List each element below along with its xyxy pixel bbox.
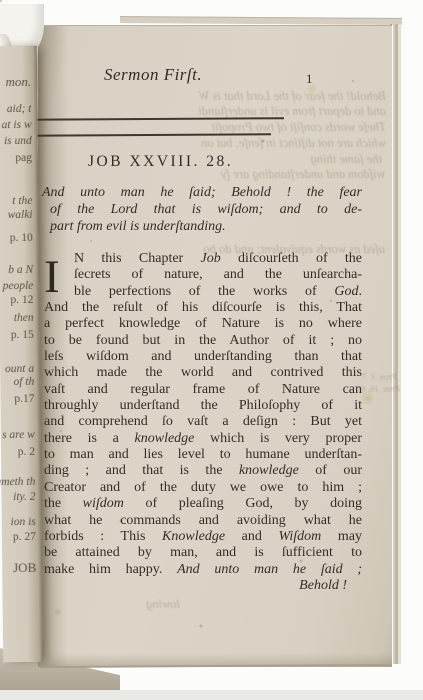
prev-page-text-fragment: ion is [10, 516, 35, 528]
text-segment: leſs wiſdom and underſtanding than that [44, 349, 362, 364]
chapter-heading: JOB XXVIII. 28. [88, 153, 233, 171]
text-segment: of pleaſing God, by doing [124, 496, 362, 511]
photo-background-strip [0, 690, 423, 700]
prev-page-text-fragment: p. 27 [13, 531, 36, 543]
page-number: 1 [306, 71, 313, 87]
prev-page-text-fragment: b a N [8, 264, 33, 276]
body-text-line: vaſt and regular frame of Nature can [44, 382, 362, 398]
text-segment: and comprehend ſo vaſt a deſign : But ye… [44, 414, 362, 429]
body-text-line: ſecrets of nature, and the unſearcha- [44, 267, 362, 283]
body-text-line: throughly underſtand the Philoſophy of i… [44, 398, 362, 414]
prev-page-text-fragment: then [14, 312, 34, 324]
text-segment: forbids : This [44, 529, 162, 544]
prev-page-text-fragment: ity. 2 [13, 491, 35, 503]
text-segment: N this Chapter [74, 251, 201, 266]
prev-page-text-fragment: is und [4, 135, 32, 147]
page-stack-top-edge [120, 16, 402, 25]
body-text-line: N this Chapter Job diſcourſeth of the [44, 251, 362, 267]
epigraph-line: of the Lord that is wiſdom; and to de- [42, 201, 362, 218]
italic-text-segment: knowledge [239, 463, 299, 478]
text-segment: which is very proper [194, 431, 362, 446]
body-text-line: to man and lies level to humane underſta… [44, 447, 362, 463]
text-segment: may [321, 529, 362, 544]
header-rule-top [25, 117, 284, 120]
body-text-line: ble perfections of the works of God. [44, 284, 362, 300]
header-rule-bottom [25, 133, 271, 136]
italic-text-segment: Job [201, 251, 221, 266]
text-segment: what he commands and avoiding what he [44, 513, 362, 528]
prev-page-text-fragment: s are w [2, 429, 35, 441]
prev-page-text-fragment: ount a [5, 363, 34, 375]
italic-text-segment: And unto man he ſaid ; [177, 562, 362, 577]
text-segment: Creator and of the duty we owe to him ; [44, 480, 362, 495]
body-text-line: And the reſult of his diſcourſe is this,… [44, 300, 362, 316]
text-segment: And the reſult of his diſcourſe is this,… [44, 300, 362, 315]
text-segment: be attained by man, and is ſufficient to [44, 545, 362, 560]
epigraph-line: part from evil is underſtanding. [42, 218, 362, 235]
text-segment: make him happy. [44, 562, 177, 577]
epigraph: And unto man he ſaid; Behold ! the fearo… [42, 184, 362, 236]
body-text-line: there is a knowledge which is very prope… [44, 431, 362, 447]
body-text-line: make him happy. And unto man he ſaid ; [44, 562, 362, 578]
text-segment: . [359, 284, 363, 299]
prev-page-text-fragment: pag [15, 152, 32, 164]
text-segment: of our [299, 463, 362, 478]
prev-page-text-fragment: p. 10 [10, 232, 33, 244]
prev-page-text-fragment: walki [8, 209, 33, 221]
prev-page-text-fragment: p.17 [14, 393, 34, 405]
text-segment: diſcourſeth of the [221, 251, 362, 266]
text-segment: to be found but in the Author of it ; no [44, 333, 362, 348]
prev-page-text-fragment: t the [12, 195, 32, 207]
body-text-line: Behold ! [44, 578, 362, 594]
body-text-line: the wiſdom of pleaſing God, by doing [44, 496, 362, 512]
antique-book-photo: Behold! the fear of the Lord that is Wan… [0, 0, 423, 700]
prev-page-text-fragment: at is w [1, 119, 31, 131]
text-segment: the [44, 496, 83, 511]
body-text-line: leſs wiſdom and underſtanding than that [44, 349, 362, 365]
foxing-specks [0, 0, 2, 2]
text-segment: vaſt and regular frame of Nature can [44, 382, 362, 397]
epigraph-line: And unto man he ſaid; Behold ! the fear [42, 184, 362, 201]
text-segment: there is a [44, 431, 135, 446]
body-text-line: be attained by man, and is ſufficient to [44, 545, 362, 561]
body-text-line: ding ; and that is the knowledge of our [44, 463, 362, 479]
previous-page-sliver: mon.aid; tat is wis undpagt thewalkip. 1… [0, 46, 43, 662]
italic-text-segment: Behold ! [299, 578, 347, 593]
prev-page-text-fragment: p. 15 [11, 329, 34, 341]
italic-text-segment: Wiſdom [279, 529, 322, 544]
italic-text-segment: God [334, 284, 358, 299]
prev-page-text-fragment: aid; t [7, 103, 32, 115]
body-text-line: which made the world and contrived this [44, 365, 362, 381]
body-text-line: and comprehend ſo vaſt a deſign : But ye… [44, 414, 362, 430]
body-text-line: to be found but in the Author of it ; no [44, 333, 362, 349]
page-content: Sermon Firſt. 1 JOB XXVIII. 28. And unto… [38, 25, 392, 666]
body-text-line: what he commands and avoiding what he [44, 513, 362, 529]
text-segment: and [225, 529, 278, 544]
body-text-line: a perfect knowledge of Nature is no wher… [44, 316, 362, 332]
text-segment: a perfect knowledge of Nature is no wher… [44, 316, 362, 331]
fore-edge-line [398, 24, 401, 664]
text-segment: ſecrets of nature, and the unſearcha- [74, 267, 362, 282]
body-text-line: forbids : This Knowledge and Wiſdom may [44, 529, 362, 545]
prev-page-text-fragment: p. 12 [10, 294, 33, 306]
italic-text-segment: knowledge [135, 431, 195, 446]
text-segment: throughly underſtand the Philoſophy of i… [44, 398, 362, 413]
body-text-line: Creator and of the duty we owe to him ; [44, 480, 362, 496]
text-segment: ding ; and that is the [44, 463, 239, 478]
prev-page-text-fragment: p. 2 [18, 446, 35, 458]
previous-page-text: mon.aid; tat is wis undpagt thewalkip. 1… [0, 46, 43, 662]
body-paragraph: N this Chapter Job diſcourſeth of theſec… [44, 251, 362, 594]
running-header: Sermon Firſt. [104, 65, 202, 85]
prev-page-text-fragment: of th [13, 376, 34, 388]
italic-text-segment: Knowledge [162, 529, 225, 544]
prev-page-text-fragment: JOB [13, 560, 36, 576]
italic-text-segment: wiſdom [83, 496, 124, 511]
prev-page-text-fragment: people [3, 280, 34, 292]
text-segment: to man and lies level to humane underſta… [44, 447, 362, 462]
text-segment: ble perfections of the works of [74, 284, 334, 299]
prev-page-text-fragment: mon. [5, 74, 31, 90]
text-segment: which made the world and contrived this [44, 365, 362, 380]
prev-page-text-fragment: ameth th [0, 476, 35, 488]
